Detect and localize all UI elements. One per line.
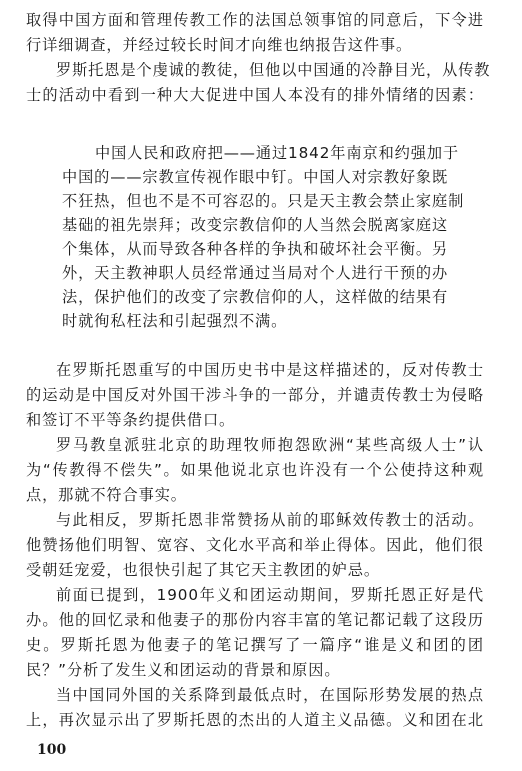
paragraph-line: 受朝廷宠爱，也很快引起了其它天主教团的妒忌。 — [26, 560, 484, 580]
paragraph-line: 取得中国方面和管理传教工作的法国总领事馆的同意后，下令进 — [26, 10, 484, 30]
block-quote-line: 不狂热，但也不是不可容忍的。只是天主教会禁止家庭制 — [62, 191, 446, 211]
block-quote-line: 个集体，从而导致各种各样的争执和破坏社会平衡。另 — [62, 239, 446, 259]
block-quote-line: 中国人民和政府把——通过1842年南京和约强加于 — [62, 143, 446, 163]
paragraph-line: 在罗斯托恩重写的中国历史书中是这样描述的，反对传教士 — [26, 360, 484, 380]
paragraph-line: 史。罗斯托恩为他妻子的笔记撰写了一篇序“谁是义和团的团 — [26, 635, 484, 655]
block-quote-line: 时就徇私枉法和引起强烈不满。 — [62, 311, 446, 331]
paragraph-line: 罗马教皇派驻北京的助理牧师抱怨欧洲“某些高级人士”认 — [26, 435, 484, 455]
paragraph-line: 为“传教得不偿失”。如果他说北京也许没有一个公使持这种观 — [26, 460, 484, 480]
block-quote-line: 外，天主教神职人员经常通过当局对个人进行干预的办 — [62, 263, 446, 283]
paragraph-line: 他赞扬他们明智、宽容、文化水平高和举止得体。因此，他们很 — [26, 535, 484, 555]
paragraph-line: 点，那就不符合事实。 — [26, 485, 484, 505]
paragraph-line: 上，再次显示出了罗斯托恩的杰出的人道主义品德。义和团在北 — [26, 710, 484, 730]
paragraph-line: 的运动是中国反对外国干涉斗争的一部分，并谴责传教士为侵略 — [26, 385, 484, 405]
paragraph-line: 行详细调查，并经过较长时间才向维也纳报告这件事。 — [26, 35, 484, 55]
block-quote-line: 基础的祖先崇拜；改变宗教信仰的人当然会脱离家庭这 — [62, 215, 446, 235]
page-number: 100 — [37, 742, 66, 758]
paragraph-line: 与此相反，罗斯托恩非常赞扬从前的耶稣效传教士的活动。 — [26, 510, 484, 530]
document-page: 取得中国方面和管理传教工作的法国总领事馆的同意后，下令进行详细调查，并经过较长时… — [0, 0, 522, 771]
block-quote-line: 中国的——宗教宣传视作眼中钉。中国人对宗教好象既 — [62, 167, 446, 187]
paragraph-line: 罗斯托恩是个虔诚的教徒，但他以中国通的冷静目光，从传教 — [26, 60, 484, 80]
paragraph-line: 士的活动中看到一种大大促进中国人本没有的排外情绪的因素： — [26, 85, 484, 105]
paragraph-line: 当中国同外国的关系降到最低点时，在国际形势发展的热点 — [26, 685, 484, 705]
paragraph-line: 办。他的回忆录和他妻子的那份内容丰富的笔记都记载了这段历 — [26, 610, 484, 630]
block-quote-line: 法，保护他们的改变了宗教信仰的人，这样做的结果有 — [62, 287, 446, 307]
paragraph-line: 和签订不平等条约提供借口。 — [26, 410, 484, 430]
paragraph-line: 前面已提到，1900年义和团运动期间，罗斯托恩正好是代 — [26, 585, 484, 605]
paragraph-line: 民？”分析了发生义和团运动的背景和原因。 — [26, 660, 484, 680]
